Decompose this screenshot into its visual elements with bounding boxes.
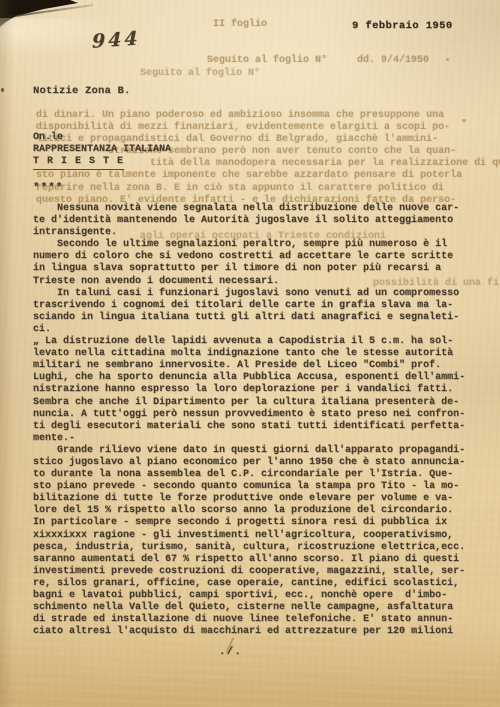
left-edge-shadow [0, 0, 14, 707]
recipient-honorific: On.le [33, 132, 171, 144]
ghost-header-seguito-echo: Seguito al foglio N° [140, 68, 260, 80]
ghost-header-seguito: Seguito al foglio N° dd. 9/4/1950 [207, 55, 429, 67]
recipient-name: RAPPRESENTANZA ITALIANA [33, 144, 171, 156]
document-page: II foglio Seguito al foglio N° dd. 9/4/1… [0, 0, 500, 707]
recipient-city: T R I E S T E [33, 156, 124, 170]
subject-line: Notizie Zona B. [33, 85, 131, 97]
paper-speck [446, 58, 449, 61]
recipient-block: On.le RAPPRESENTANZA ITALIANA T R I E S … [33, 132, 171, 170]
continuation-mark: ./. [219, 646, 242, 658]
handwritten-registry-number: 944 [92, 27, 141, 52]
paper-speck [1, 88, 4, 92]
ghost-header-folio: II foglio [213, 19, 267, 31]
document-date: 9 febbraio 1950 [352, 20, 453, 32]
asterisk-separator: **** [33, 182, 63, 194]
body-text: Nessuna novità viene segnalata nella dis… [33, 203, 465, 638]
